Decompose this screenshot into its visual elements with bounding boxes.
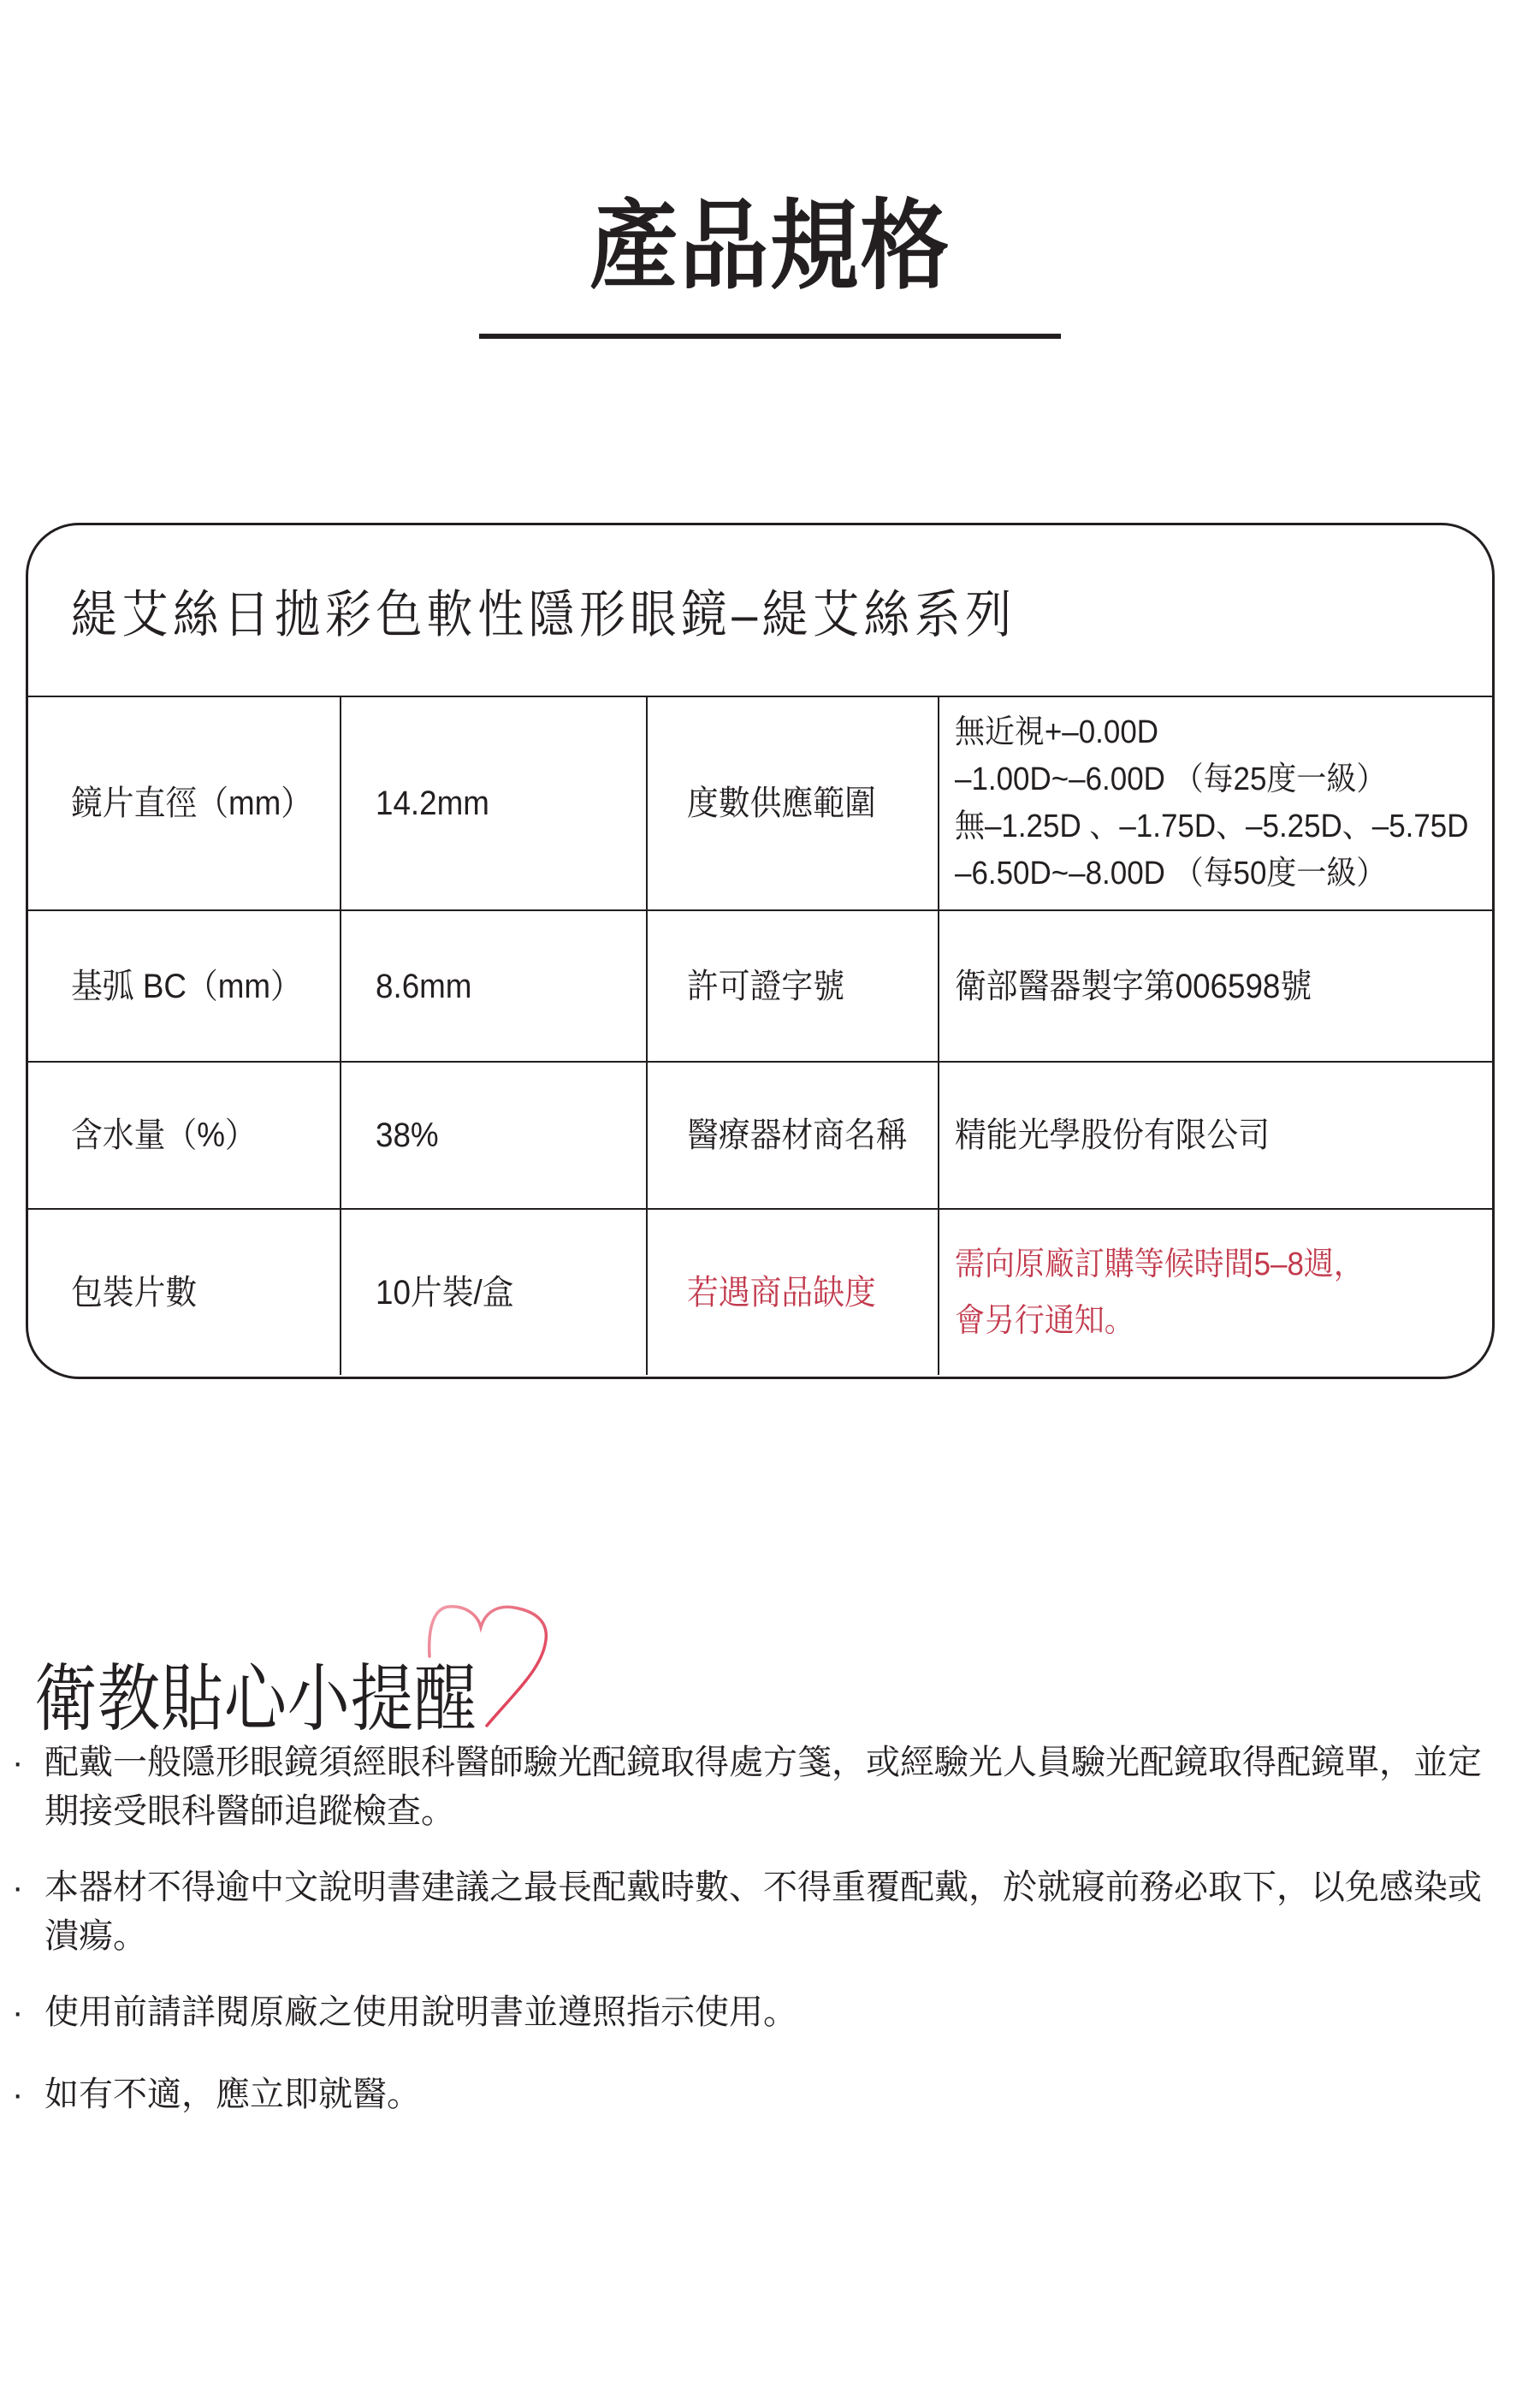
power-range-lines: 無近視+–0.00D –1.00D~–6.00D （每25度一級） 無–1.25… (955, 709, 1468, 897)
shortage-note-line: 會另行通知。 (955, 1293, 1468, 1349)
tip-line: 如有不適，應立即就醫。 (44, 2070, 1530, 2119)
bullet-dot-icon: · (12, 1863, 44, 1912)
spec-table-title: 緹艾絲日拋彩色軟性隱形眼鏡–緹艾絲系列 (28, 525, 1492, 697)
row-vendor-value: 精能光學股份有限公司 (939, 1063, 1495, 1210)
row-base-curve-label: 基弧 BC（mm） (28, 911, 341, 1063)
tip-line: 本器材不得逾中文說明書建議之最長配戴時數、不得重覆配戴，於就寢前務必取下，以免感… (44, 1863, 1530, 1912)
row-license-label: 許可證字號 (648, 911, 939, 1063)
row-base-curve-value: 8.6mm (341, 911, 648, 1063)
tip-line: 使用前請詳閱原廠之使用說明書並遵照指示使用。 (44, 1988, 1530, 2037)
row-power-range-value: 無近視+–0.00D –1.00D~–6.00D （每25度一級） 無–1.25… (939, 697, 1495, 911)
heart-outline-icon (426, 1602, 550, 1730)
tip-item-wear-time: · 本器材不得逾中文說明書建議之最長配戴時數、不得重覆配戴，於就寢前務必取下，以… (12, 1863, 1530, 1961)
shortage-note-line: 需向原廠訂購等候時間5–8週， (955, 1236, 1468, 1293)
row-license-value: 衛部醫器製字第006598號 (939, 911, 1495, 1063)
tip-text: 配戴一般隱形眼鏡須經眼科醫師驗光配鏡取得處方箋，或經驗光人員驗光配鏡取得配鏡單，… (44, 1738, 1530, 1836)
row-shortage-label: 若遇商品缺度 (648, 1210, 939, 1375)
tip-item-read-manual: · 使用前請詳閱原廠之使用說明書並遵照指示使用。 (12, 1988, 1530, 2037)
tip-item-prescription: · 配戴一般隱形眼鏡須經眼科醫師驗光配鏡取得處方箋，或經驗光人員驗光配鏡取得配鏡… (12, 1738, 1530, 1836)
row-lens-diameter-label: 鏡片直徑（mm） (28, 697, 341, 911)
tip-item-see-doctor: · 如有不適，應立即就醫。 (12, 2070, 1530, 2119)
power-range-line: 無–1.25D 、–1.75D、–5.25D、–5.75D (955, 803, 1468, 850)
row-vendor-label: 醫療器材商名稱 (648, 1063, 939, 1210)
bullet-dot-icon: · (12, 2070, 44, 2119)
row-lens-diameter-value: 14.2mm (341, 697, 648, 911)
row-pack-count-value: 10片裝/盒 (341, 1210, 648, 1375)
tips-section-heading: 衛教貼心小提醒 (34, 1639, 477, 1745)
tip-text: 如有不適，應立即就醫。 (44, 2070, 1530, 2119)
spec-table-grid: 鏡片直徑（mm） 14.2mm 度數供應範圍 無近視+–0.00D –1.00D… (28, 697, 1492, 1375)
bullet-dot-icon: · (12, 1988, 44, 2037)
row-pack-count-label: 包裝片數 (28, 1210, 341, 1375)
product-spec-page: 產品規格 緹艾絲日拋彩色軟性隱形眼鏡–緹艾絲系列 鏡片直徑（mm） 14.2mm… (0, 0, 1540, 2381)
title-underline (479, 334, 1061, 339)
row-shortage-value: 需向原廠訂購等候時間5–8週， 會另行通知。 (939, 1210, 1495, 1375)
page-title: 產品規格 (69, 168, 1471, 308)
spec-table-title-text: 緹艾絲日拋彩色軟性隱形眼鏡–緹艾絲系列 (71, 574, 1016, 648)
row-water-content-label: 含水量（%） (28, 1063, 341, 1210)
tip-line: 期接受眼科醫師追蹤檢查。 (44, 1787, 1530, 1836)
tip-line: 配戴一般隱形眼鏡須經眼科醫師驗光配鏡取得處方箋，或經驗光人員驗光配鏡取得配鏡單，… (44, 1738, 1530, 1787)
tip-text: 使用前請詳閱原廠之使用說明書並遵照指示使用。 (44, 1988, 1530, 2037)
power-range-line: 無近視+–0.00D (955, 709, 1468, 756)
shortage-note-lines: 需向原廠訂購等候時間5–8週， 會另行通知。 (955, 1236, 1468, 1349)
tip-line: 潰瘍。 (44, 1912, 1530, 1961)
row-water-content-value: 38% (341, 1063, 648, 1210)
power-range-line: –6.50D~–8.00D （每50度一級） (955, 850, 1468, 897)
row-power-range-label: 度數供應範圍 (648, 697, 939, 911)
product-spec-table: 緹艾絲日拋彩色軟性隱形眼鏡–緹艾絲系列 鏡片直徑（mm） 14.2mm 度數供應… (26, 523, 1495, 1379)
bullet-dot-icon: · (12, 1738, 44, 1787)
power-range-line: –1.00D~–6.00D （每25度一級） (955, 756, 1468, 803)
tip-text: 本器材不得逾中文說明書建議之最長配戴時數、不得重覆配戴，於就寢前務必取下，以免感… (44, 1863, 1530, 1961)
